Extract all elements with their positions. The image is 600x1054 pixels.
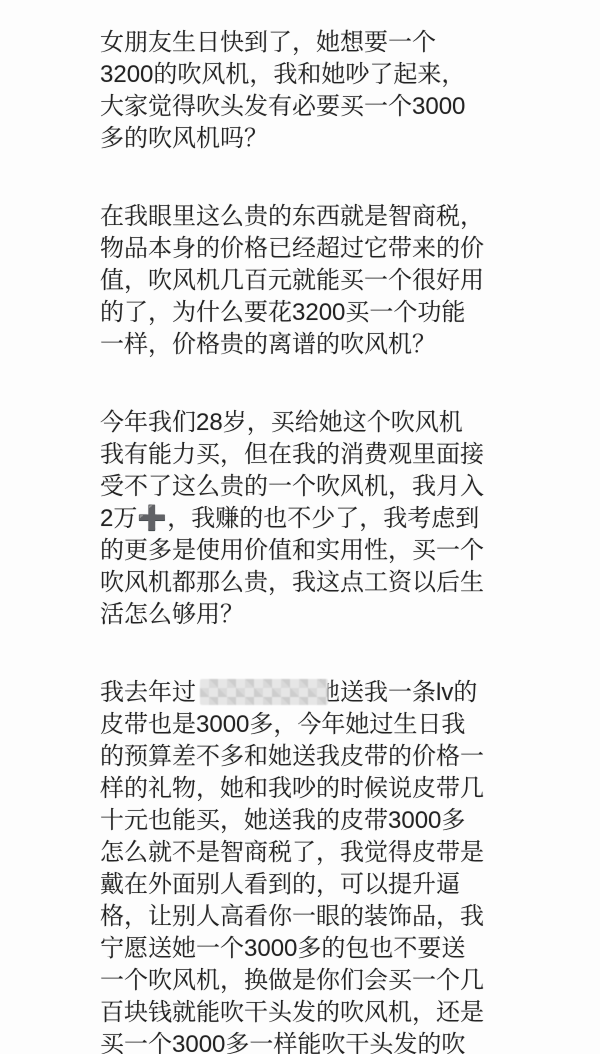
paragraph-2: 在我眼里这么贵的东西就是智商税， 物品本身的价格已经超过它带来的价 值，吹风机几…	[100, 201, 500, 361]
paragraph-1: 女朋友生日快到了，她想要一个 3200的吹风机，我和她吵了起来， 大家觉得吹头发…	[100, 27, 500, 155]
post-text-body: 女朋友生日快到了，她想要一个 3200的吹风机，我和她吵了起来， 大家觉得吹头发…	[0, 0, 600, 1054]
paragraph-4-after-censor: 她送我一条lv的 皮带也是3000多，今年她过生日我 的预算差不多和她送我皮带的…	[100, 679, 484, 1054]
paragraph-4-before-censor: 我去年过	[100, 679, 196, 706]
post-screenshot: 女朋友生日快到了，她想要一个 3200的吹风机，我和她吵了起来， 大家觉得吹头发…	[0, 0, 600, 1054]
censor-mosaic-block	[200, 679, 328, 705]
paragraph-3: 今年我们28岁，买给她这个吹风机 我有能力买，但在我的消费观里面接 受不了这么贵…	[100, 407, 500, 631]
paragraph-4: 我去年过她送我一条lv的 皮带也是3000多，今年她过生日我 的预算差不多和她送…	[100, 677, 500, 1054]
